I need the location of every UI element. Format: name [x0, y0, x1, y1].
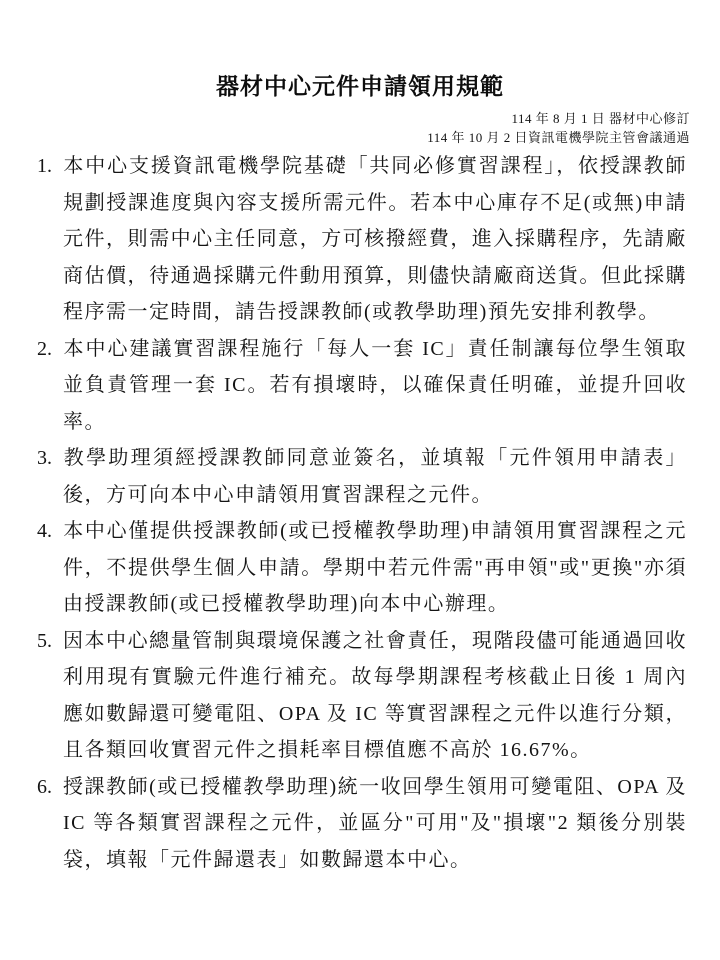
rule-item-2: 2.本中心建議實習課程施行「每人一套 IC」責任制讓每位學生領取並負責管理一套 …	[37, 331, 687, 441]
rule-item-4: 4.本中心僅提供授課教師(或已授權教學助理)申請領用實習課程之元件，不提供學生個…	[37, 513, 687, 623]
revision-notes: 114 年 8 月 1 日 器材中心修訂 114 年 10 月 2 日資訊電機學…	[0, 109, 720, 147]
rule-item-6: 6.授課教師(或已授權教學助理)統一收回學生領用可變電阻、OPA 及 IC 等各…	[37, 769, 687, 879]
rule-item-3: 3.教學助理須經授課教師同意並簽名，並填報「元件領用申請表」後，方可向本中心申請…	[37, 440, 687, 513]
document-page: 器材中心元件申請領用規範 114 年 8 月 1 日 器材中心修訂 114 年 …	[0, 0, 720, 960]
item-text: 本中心支援資訊電機學院基礎「共同必修實習課程」，依授課教師規劃授課進度與內容支援…	[63, 155, 687, 323]
item-text: 授課教師(或已授權教學助理)統一收回學生領用可變電阻、OPA 及 IC 等各類實…	[63, 776, 687, 871]
revision-line-center: 114 年 8 月 1 日 器材中心修訂	[0, 109, 690, 128]
item-text: 本中心僅提供授課教師(或已授權教學助理)申請領用實習課程之元件，不提供學生個人申…	[63, 520, 687, 615]
rule-item-5: 5.因本中心總量管制與環境保護之社會責任，現階段儘可能通過回收利用現有實驗元件進…	[37, 623, 687, 769]
item-text: 教學助理須經授課教師同意並簽名，並填報「元件領用申請表」後，方可向本中心申請領用…	[63, 447, 687, 506]
item-number: 1.	[37, 148, 63, 185]
item-number: 6.	[37, 769, 63, 806]
item-number: 2.	[37, 331, 63, 368]
rule-item-1: 1.本中心支援資訊電機學院基礎「共同必修實習課程」，依授課教師規劃授課進度與內容…	[37, 148, 687, 331]
item-number: 3.	[37, 440, 63, 477]
revision-line-council: 114 年 10 月 2 日資訊電機學院主管會議通過	[0, 128, 690, 147]
item-text: 本中心建議實習課程施行「每人一套 IC」責任制讓每位學生領取並負責管理一套 IC…	[63, 338, 687, 433]
item-number: 4.	[37, 513, 63, 550]
rules-list: 1.本中心支援資訊電機學院基礎「共同必修實習課程」，依授課教師規劃授課進度與內容…	[0, 148, 720, 878]
page-title: 器材中心元件申請領用規範	[0, 0, 720, 102]
item-number: 5.	[37, 623, 63, 660]
item-text: 因本中心總量管制與環境保護之社會責任，現階段儘可能通過回收利用現有實驗元件進行補…	[63, 630, 687, 762]
